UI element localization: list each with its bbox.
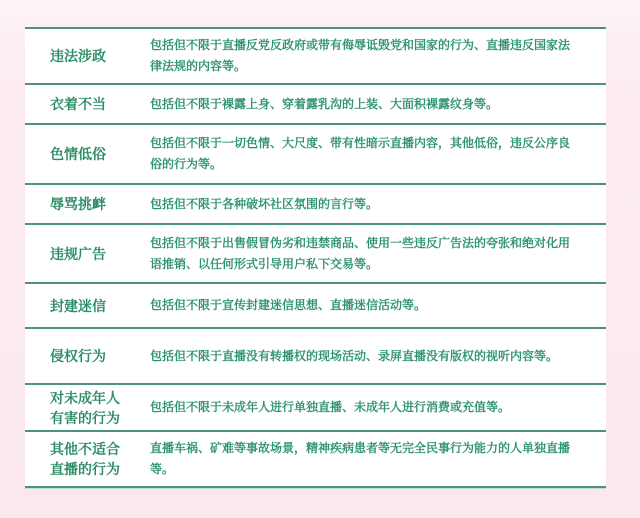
table-row: 违法涉政 包括但不限于直播反党反政府或带有侮辱诋毁党和国家的行为、直播违反国家法… [25,29,606,85]
description-cell: 包括但不限于宣传封建迷信思想、直播迷信活动等。 [150,289,578,322]
category-cell: 辱骂挑衅 [50,194,126,214]
description-cell: 包括但不限于未成年人进行单独直播、未成年人进行消费或充值等。 [150,391,578,424]
description-cell: 包括但不限于各种破坏社区氛围的言行等。 [150,188,578,221]
description-cell: 直播车祸、矿难等事故场景，精神疾病患者等无完全民事行为能力的人单独直播等。 [150,432,578,486]
description-cell: 包括但不限于一切色情、大尺度、带有性暗示直播内容，其他低俗，违反公序良俗的行为等… [150,127,578,181]
category-cell: 其他不适合直播的行为 [50,439,126,479]
category-cell: 封建迷信 [50,296,126,316]
description-cell: 包括但不限于直播反党反政府或带有侮辱诋毁党和国家的行为、直播违反国家法律法规的内… [150,29,578,83]
table-row: 色情低俗 包括但不限于一切色情、大尺度、带有性暗示直播内容，其他低俗，违反公序良… [25,125,606,185]
category-cell: 违规广告 [50,244,126,264]
category-cell: 色情低俗 [50,144,126,164]
table-row: 对未成年人有害的行为 包括但不限于未成年人进行单独直播、未成年人进行消费或充值等… [25,385,606,432]
category-cell: 衣着不当 [50,94,126,114]
table-row: 辱骂挑衅 包括但不限于各种破坏社区氛围的言行等。 [25,185,606,225]
table-row: 衣着不当 包括但不限于裸露上身、穿着露乳沟的上装、大面积裸露纹身等。 [25,85,606,125]
description-cell: 包括但不限于直播没有转播权的现场活动、录屏直播没有版权的视听内容等。 [150,340,578,373]
policy-table: 违法涉政 包括但不限于直播反党反政府或带有侮辱诋毁党和国家的行为、直播违反国家法… [25,27,606,488]
page-background: 违法涉政 包括但不限于直播反党反政府或带有侮辱诋毁党和国家的行为、直播违反国家法… [0,0,640,518]
description-cell: 包括但不限于裸露上身、穿着露乳沟的上装、大面积裸露纹身等。 [150,88,578,121]
description-cell: 包括但不限于出售假冒伪劣和违禁商品、使用一些违反广告法的夸张和绝对化用语推销、以… [150,227,578,281]
table-row: 封建迷信 包括但不限于宣传封建迷信思想、直播迷信活动等。 [25,284,606,329]
category-cell: 侵权行为 [50,346,126,366]
table-row: 其他不适合直播的行为 直播车祸、矿难等事故场景，精神疾病患者等无完全民事行为能力… [25,432,606,488]
table-row: 违规广告 包括但不限于出售假冒伪劣和违禁商品、使用一些违反广告法的夸张和绝对化用… [25,225,606,284]
category-cell: 对未成年人有害的行为 [50,388,126,428]
category-cell: 违法涉政 [50,46,126,66]
table-row: 侵权行为 包括但不限于直播没有转播权的现场活动、录屏直播没有版权的视听内容等。 [25,329,606,385]
